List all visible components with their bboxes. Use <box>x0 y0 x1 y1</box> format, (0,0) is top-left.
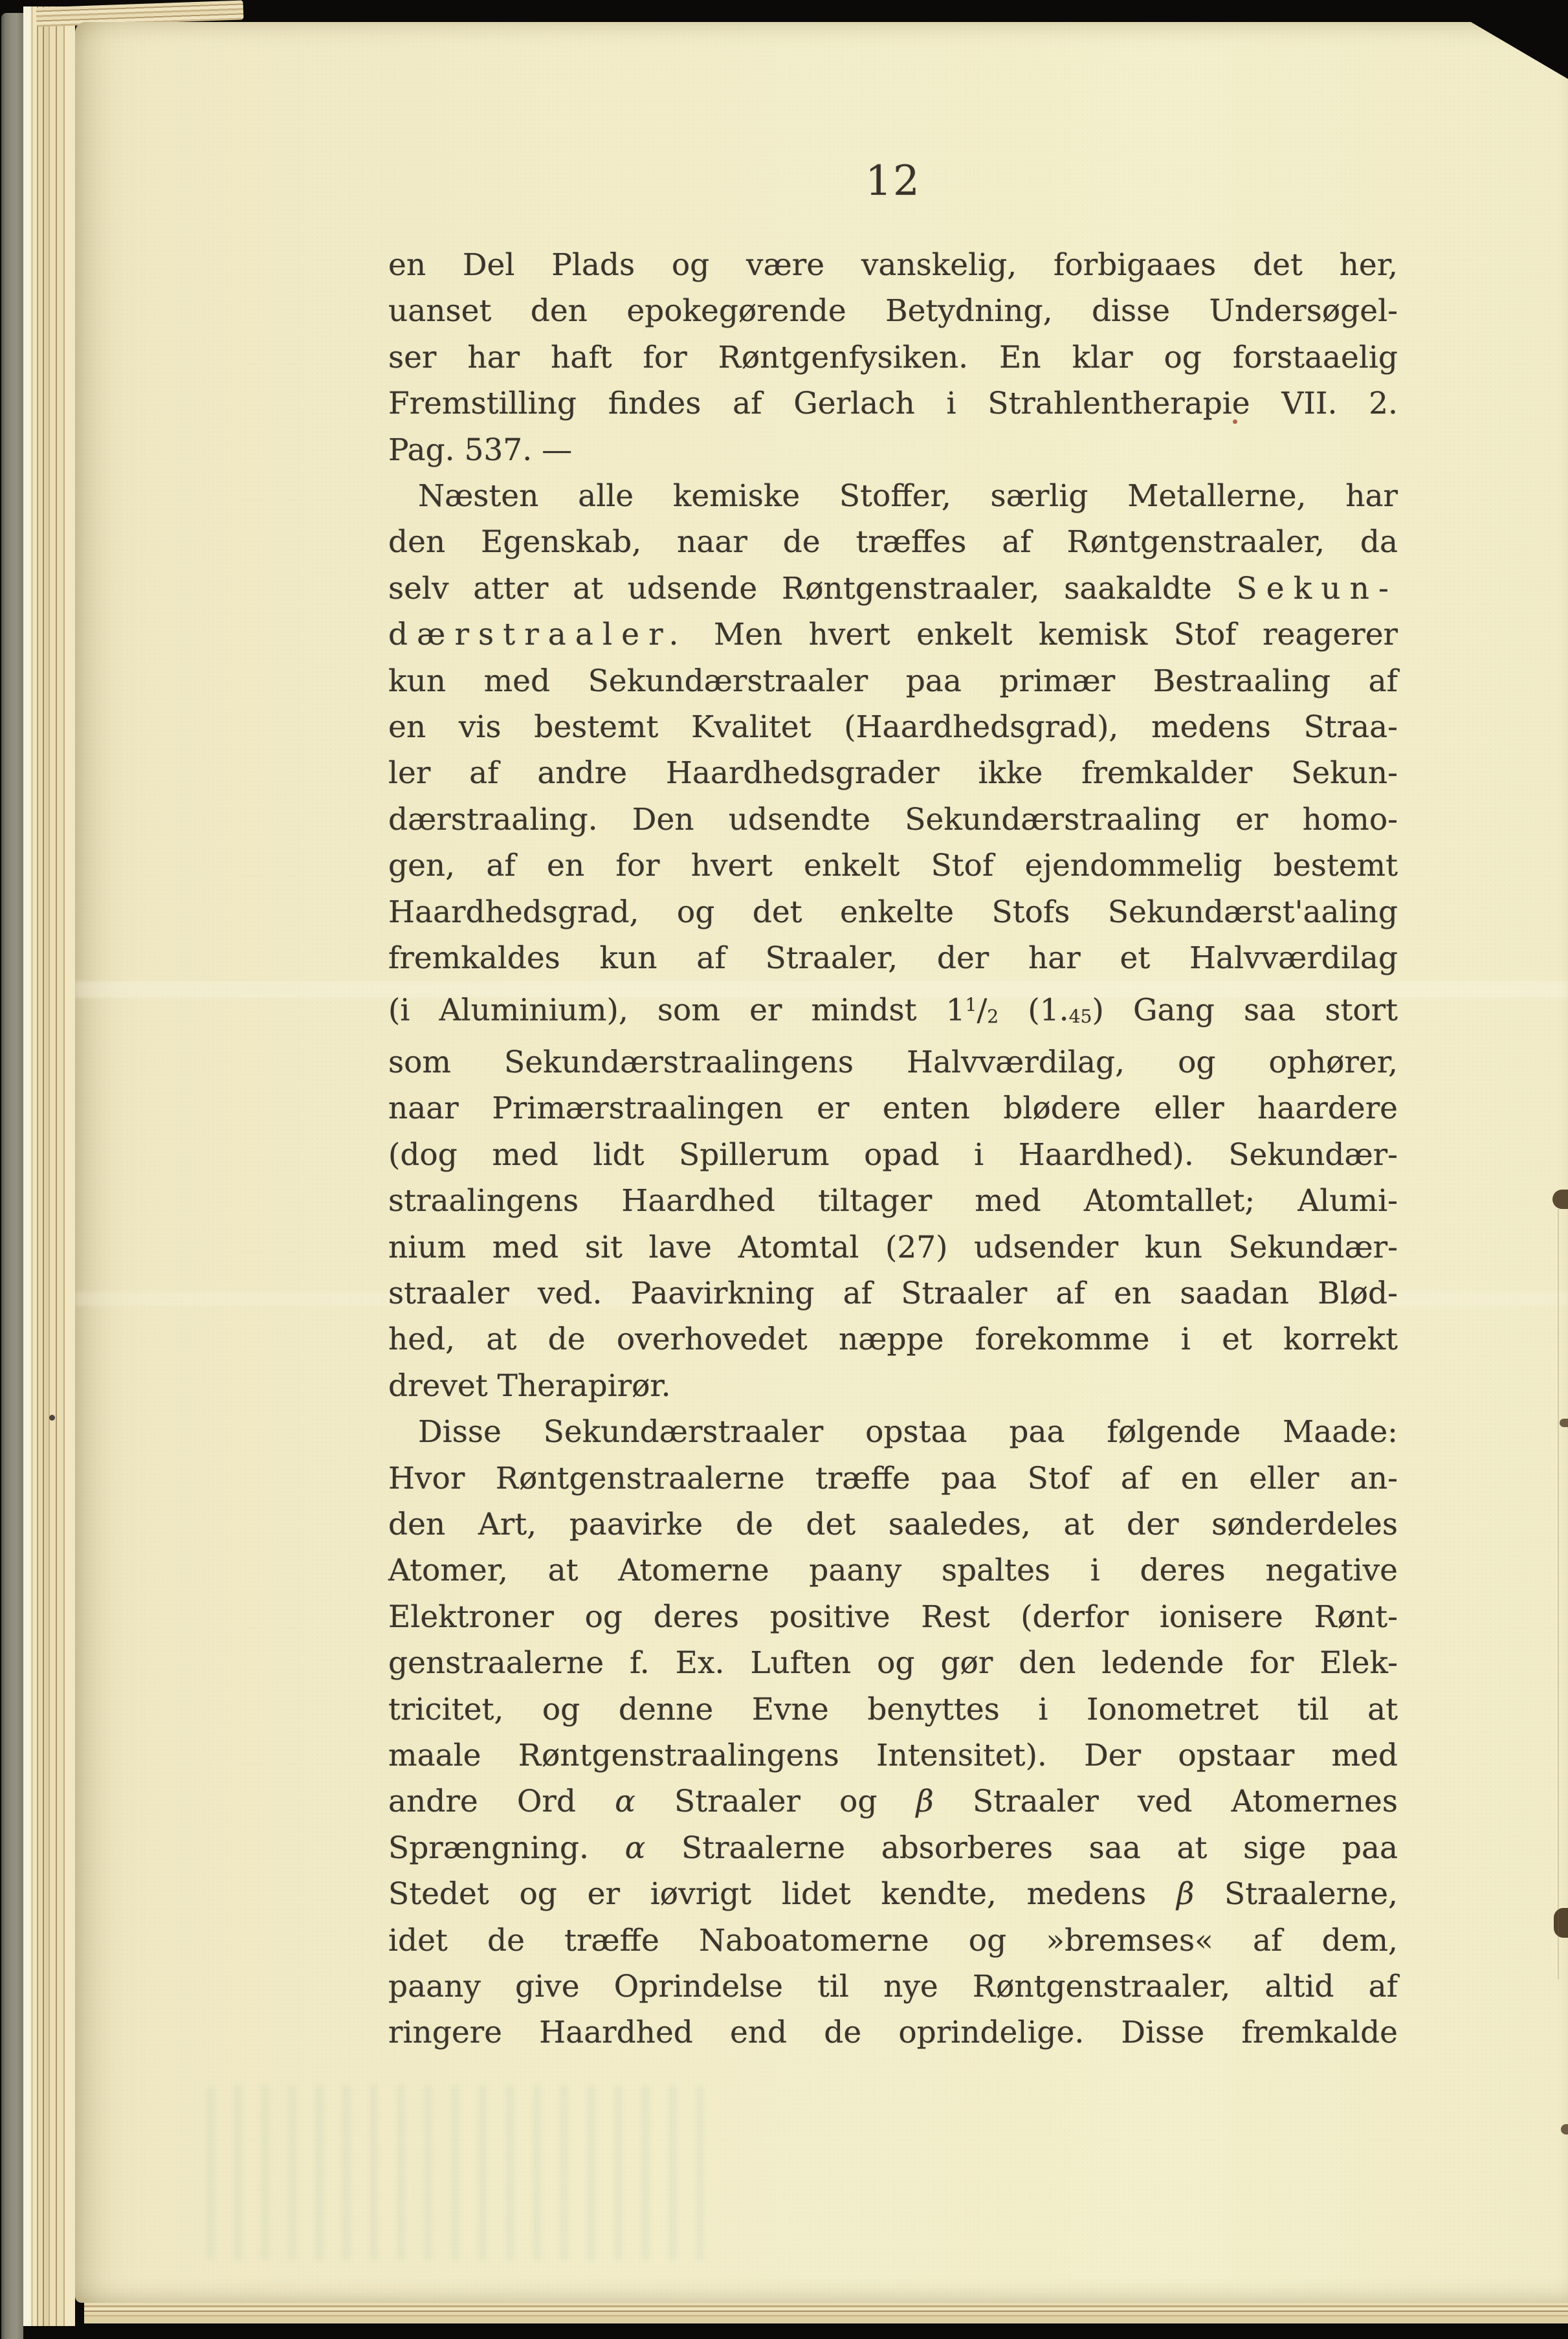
paragraph: Disse Sekundærstraaler opstaa paa følgen… <box>388 1409 1398 2056</box>
text-segment: Næsten alle kemiske Stoffer, særlig Meta… <box>418 478 1398 514</box>
text-segment: ler af andre Haardhedsgrader ikke fremka… <box>388 755 1398 791</box>
binding-cloth <box>1 13 23 2339</box>
text-line: gen, af en for hvert enkelt Stof ejendom… <box>388 843 1398 889</box>
text-line: en Del Plads og være vanskelig, forbigaa… <box>388 242 1398 288</box>
text-segment: Atomer, at Atomerne paany spaltes i dere… <box>388 1553 1398 1588</box>
text-segment: en Del Plads og være vanskelig, forbigaa… <box>388 247 1398 283</box>
text-line: ser har haft for Røntgenfysiken. En klar… <box>388 335 1398 381</box>
text-segment: den Art, paavirke de det saaledes, at de… <box>388 1507 1398 1542</box>
text-line: ringere Haardhed end de oprindelige. Dis… <box>388 2010 1398 2056</box>
text-line: tricitet, og denne Evne benyttes i Ionom… <box>388 1687 1398 1733</box>
text-segment: 1 <box>966 994 977 1015</box>
text-segment: (1. <box>999 992 1068 1028</box>
text-segment: Haardhedsgrad, og det enkelte Stofs Seku… <box>388 894 1398 930</box>
text-segment: / <box>977 992 987 1028</box>
text-segment: gen, af en for hvert enkelt Stof ejendom… <box>388 848 1398 883</box>
text-line: Disse Sekundærstraaler opstaa paa følgen… <box>388 1409 1398 1455</box>
greek-letter: β <box>1176 1876 1194 1912</box>
text-segment: Elektroner og deres positive Rest (derfo… <box>388 1599 1398 1635</box>
edge-speck <box>1552 1190 1568 1209</box>
text-line: straalingens Haardhed tiltager med Atomt… <box>388 1178 1398 1224</box>
text-line: Elektroner og deres positive Rest (derfo… <box>388 1594 1398 1640</box>
text-segment: dærstraaler. <box>388 617 688 652</box>
text-line: paany give Oprindelse til nye Røntgenstr… <box>388 1964 1398 2010</box>
text-line: drevet Therapirør. <box>388 1363 1398 1409</box>
text-line: (dog med lidt Spillerum opad i Haardhed)… <box>388 1132 1398 1178</box>
text-segment: andre Ord <box>388 1784 615 1819</box>
text-line: nium med sit lave Atomtal (27) udsender … <box>388 1225 1398 1270</box>
page-edge-stack-left <box>23 6 75 2326</box>
text-segment: naar Primærstraalingen er enten blødere … <box>388 1091 1398 1126</box>
page-number: 12 <box>388 161 1398 202</box>
text-segment: Pag. 537. — <box>388 432 572 468</box>
text-segment: paany give Oprindelse til nye Røntgenstr… <box>388 1969 1398 2004</box>
text-segment: idet de træffe Naboatomerne og »bremses«… <box>388 1923 1398 1958</box>
text-segment: Hvor Røntgenstraalerne træffe paa Stof a… <box>388 1461 1398 1496</box>
text-segment: drevet Therapirør. <box>388 1368 671 1404</box>
text-segment: Men hvert enkelt kemisk Stof reagerer <box>688 617 1398 652</box>
text-line: den Egenskab, naar de træffes af Røntgen… <box>388 519 1398 565</box>
text-line: en vis bestemt Kvalitet (Haardhedsgrad),… <box>388 704 1398 750</box>
text-segment: Straaler ved Atomernes <box>934 1784 1398 1819</box>
text-segment: straalingens Haardhed tiltager med Atomt… <box>388 1183 1398 1219</box>
text-line: Pag. 537. — <box>388 427 1398 473</box>
text-segment: tricitet, og denne Evne benyttes i Ionom… <box>388 1692 1398 1727</box>
text-line: Haardhedsgrad, og det enkelte Stofs Seku… <box>388 889 1398 935</box>
text-line: fremkaldes kun af Straaler, der har et H… <box>388 935 1398 981</box>
text-segment: Sprængning. <box>388 1830 625 1866</box>
text-segment: straaler ved. Paavirkning af Straaler af… <box>388 1276 1398 1311</box>
edge-speck <box>1554 1908 1568 1938</box>
paragraph: en Del Plads og være vanskelig, forbigaa… <box>388 242 1398 473</box>
text-segment: som Sekundærstraalingens Halvværdilag, o… <box>388 1045 1398 1080</box>
greek-letter: β <box>916 1784 934 1819</box>
text-line: Stedet og er iøvrigt lidet kendte, meden… <box>388 1871 1398 1917</box>
text-segment: Stedet og er iøvrigt lidet kendte, meden… <box>388 1876 1176 1912</box>
text-segment: selv atter at udsende Røntgenstraaler, s… <box>388 571 1236 606</box>
text-segment: fremkaldes kun af Straaler, der har et H… <box>388 940 1398 976</box>
text-segment: 2 <box>987 1006 999 1027</box>
text-line: andre Ord α Straaler og β Straaler ved A… <box>388 1779 1398 1824</box>
text-segment: Disse Sekundærstraaler opstaa paa følgen… <box>418 1414 1398 1450</box>
text-line: genstraalerne f. Ex. Luften og gør den l… <box>388 1640 1398 1686</box>
text-segment: Sekun- <box>1236 571 1398 606</box>
text-line: dærstraaling. Den udsendte Sekundærstraa… <box>388 797 1398 843</box>
text-segment: genstraalerne f. Ex. Luften og gør den l… <box>388 1645 1398 1681</box>
text-line: Fremstilling findes af Gerlach i Strahle… <box>388 381 1398 427</box>
text-segment: den Egenskab, naar de træffes af Røntgen… <box>388 524 1398 560</box>
text-line: straaler ved. Paavirkning af Straaler af… <box>388 1270 1398 1316</box>
text-segment: hed, at de overhovedet næppe forekomme i… <box>388 1322 1398 1357</box>
text-line: uanset den epokegørende Betydning, disse… <box>388 288 1398 334</box>
greek-letter: α <box>615 1784 635 1819</box>
text-line: den Art, paavirke de det saaledes, at de… <box>388 1502 1398 1547</box>
text-segment: 45 <box>1069 1006 1092 1027</box>
text-segment: nium med sit lave Atomtal (27) udsender … <box>388 1230 1398 1265</box>
paragraph: Næsten alle kemiske Stoffer, særlig Meta… <box>388 473 1398 1409</box>
text-segment: Straaler og <box>635 1784 916 1819</box>
greek-letter: α <box>625 1830 646 1866</box>
ink-bleed-through <box>207 2085 718 2260</box>
text-segment: maale Røntgenstraalingens Intensitet). D… <box>388 1738 1398 1773</box>
text-line: idet de træffe Naboatomerne og »bremses«… <box>388 1918 1398 1964</box>
text-line: Næsten alle kemiske Stoffer, særlig Meta… <box>388 473 1398 519</box>
text-segment: kun med Sekundærstraaler paa primær Best… <box>388 663 1398 699</box>
text-line: ler af andre Haardhedsgrader ikke fremka… <box>388 750 1398 796</box>
text-line: kun med Sekundærstraaler paa primær Best… <box>388 658 1398 704</box>
text-segment: Fremstilling findes af Gerlach i Strahle… <box>388 386 1398 421</box>
ink-spot <box>49 1415 55 1421</box>
text-block: en Del Plads og være vanskelig, forbigaa… <box>388 242 1398 2056</box>
text-line: naar Primærstraalingen er enten blødere … <box>388 1085 1398 1131</box>
text-line: som Sekundærstraalingens Halvværdilag, o… <box>388 1039 1398 1085</box>
text-segment: en vis bestemt Kvalitet (Haardhedsgrad),… <box>388 709 1398 745</box>
text-line: maale Røntgenstraalingens Intensitet). D… <box>388 1733 1398 1779</box>
text-segment: Straalerne, <box>1194 1876 1398 1912</box>
edge-speck <box>1560 1419 1568 1427</box>
page-edge-stack-bottom <box>84 2303 1568 2323</box>
text-segment: ser har haft for Røntgenfysiken. En klar… <box>388 340 1398 375</box>
text-segment: (dog med lidt Spillerum opad i Haardhed)… <box>388 1137 1398 1173</box>
text-line: Atomer, at Atomerne paany spaltes i dere… <box>388 1547 1398 1593</box>
text-line: selv atter at udsende Røntgenstraaler, s… <box>388 566 1398 612</box>
text-line: dærstraaler. Men hvert enkelt kemisk Sto… <box>388 612 1398 658</box>
text-segment: (i Aluminium), som er mindst 1 <box>388 992 966 1028</box>
text-segment: ) Gang saa stort <box>1092 992 1398 1028</box>
text-segment: uanset den epokegørende Betydning, disse… <box>388 293 1398 329</box>
edge-speck <box>1561 2124 1568 2134</box>
text-segment: dærstraaling. Den udsendte Sekundærstraa… <box>388 802 1398 837</box>
page-crease <box>1558 1209 1559 1979</box>
text-line: Sprængning. α Straalerne absorberes saa … <box>388 1825 1398 1871</box>
text-segment: Straalerne absorberes saa at sige paa <box>645 1830 1398 1866</box>
book-scan: 12 en Del Plads og være vanskelig, forbi… <box>0 0 1568 2339</box>
text-line: (i Aluminium), som er mindst 11/2 (1.45)… <box>388 982 1398 1039</box>
text-line: Hvor Røntgenstraalerne træffe paa Stof a… <box>388 1456 1398 1502</box>
text-segment: ringere Haardhed end de oprindelige. Dis… <box>388 2015 1398 2050</box>
text-line: hed, at de overhovedet næppe forekomme i… <box>388 1316 1398 1362</box>
